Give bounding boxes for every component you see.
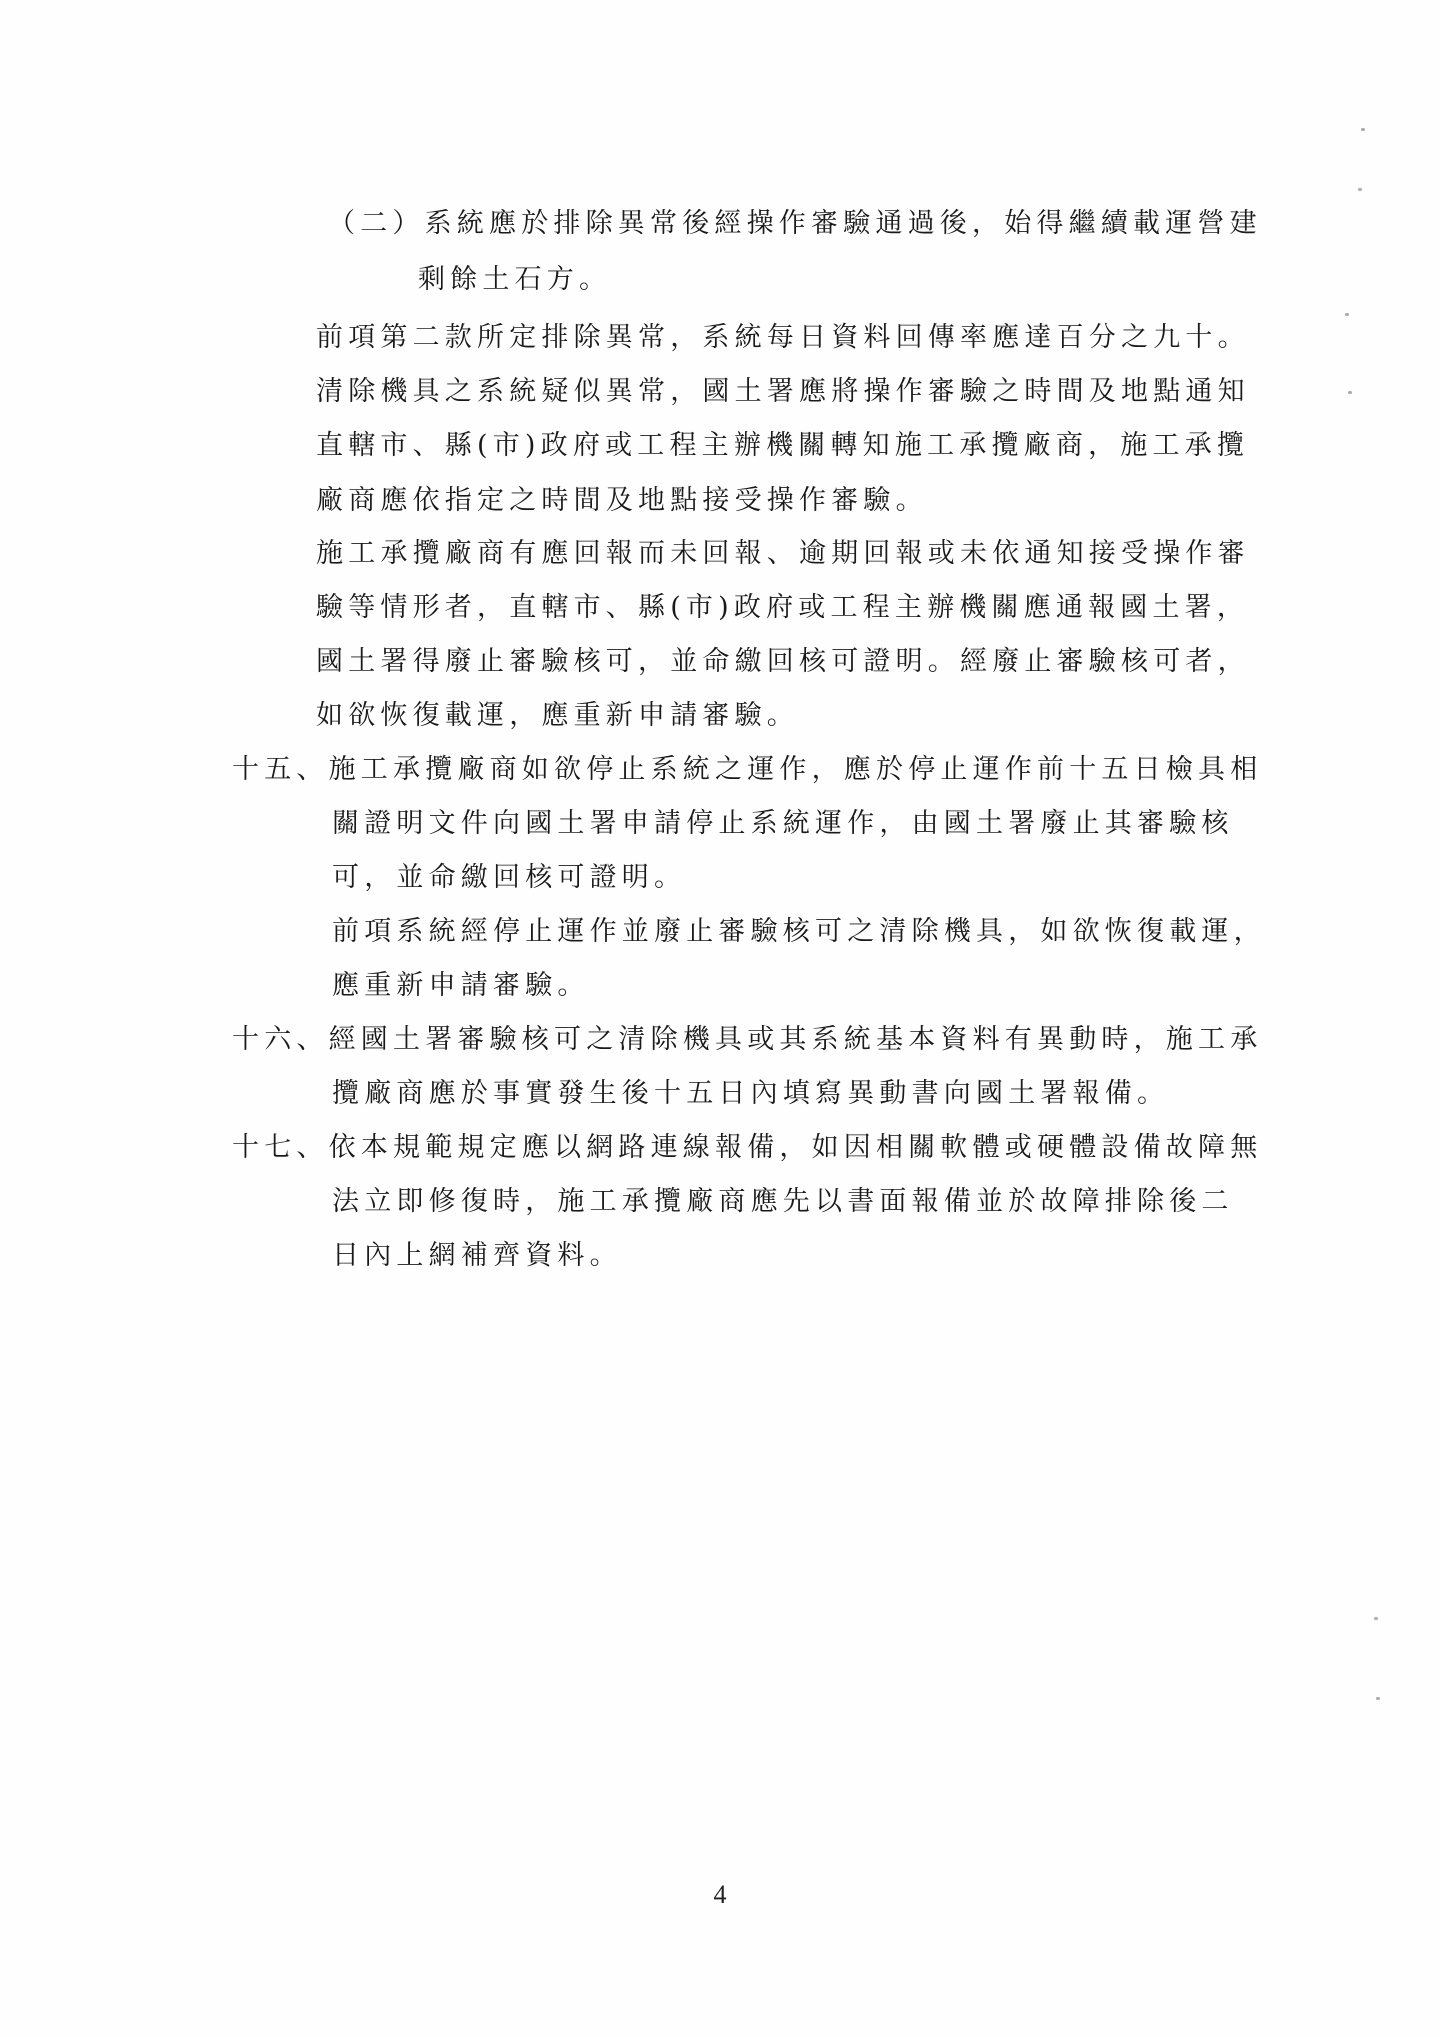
scan-speck [1348, 391, 1352, 394]
text-line: 廠商應依指定之時間及地點接受操作審驗。 [316, 483, 928, 519]
page-number: 4 [0, 1880, 1440, 1910]
text-line: 應重新申請審驗。 [332, 968, 590, 1004]
article-15-heading-line: 十五、施工承攬廠商如欲停止系統之運作，應於停止運作前十五日檢具相 [232, 752, 1262, 788]
text-line: 直轄市、縣(市)政府或工程主辦機關轉知施工承攬廠商，施工承攬 [316, 428, 1249, 464]
text-line: 前項系統經停止運作並廢止審驗核可之清除機具，如欲恢復載運， [332, 914, 1266, 950]
text-line: 日內上網補齊資料。 [332, 1238, 622, 1274]
text-line: 關證明文件向國土署申請停止系統運作，由國土署廢止其審驗核 [332, 806, 1234, 842]
text-line: 清除機具之系統疑似異常，國土署應將操作審驗之時間及地點通知 [316, 374, 1250, 410]
text-line: 剩餘土石方。 [418, 262, 611, 298]
text-line: 施工承攬廠商有應回報而未回報、逾期回報或未依通知接受操作審 [316, 536, 1250, 572]
text-line: 法立即修復時，施工承攬廠商應先以書面報備並於故障排除後二 [332, 1184, 1234, 1220]
text-line: 國土署得廢止審驗核可，並命繳回核可證明。經廢止審驗核可者， [316, 644, 1250, 680]
text-line: 攬廠商應於事實發生後十五日內填寫異動書向國土署報備。 [332, 1076, 1169, 1112]
document-page: （二）系統應於排除異常後經操作審驗通過後，始得繼續載運營建 剩餘土石方。 前項第… [0, 0, 1440, 2037]
article-17-heading-line: 十七、依本規範規定應以網路連線報備，如因相關軟體或硬體設備故障無 [232, 1130, 1262, 1166]
scan-speck [1374, 1617, 1378, 1620]
text-line: 可，並命繳回核可證明。 [332, 860, 686, 896]
scan-speck [1358, 188, 1362, 191]
text-line: 前項第二款所定排除異常，系統每日資料回傳率應達百分之九十。 [316, 320, 1250, 356]
scan-speck [1345, 313, 1349, 316]
scan-speck [1361, 128, 1365, 131]
text-line: 驗等情形者，直轄市、縣(市)政府或工程主辦機關應通報國土署， [316, 590, 1249, 626]
text-line: 如欲恢復載運，應重新申請審驗。 [316, 698, 799, 734]
scan-speck [1376, 1697, 1380, 1700]
text-line: （二）系統應於排除異常後經操作審驗通過後，始得繼續載運營建 [328, 206, 1262, 242]
article-16-heading-line: 十六、經國土署審驗核可之清除機具或其系統基本資料有異動時，施工承 [232, 1022, 1262, 1058]
